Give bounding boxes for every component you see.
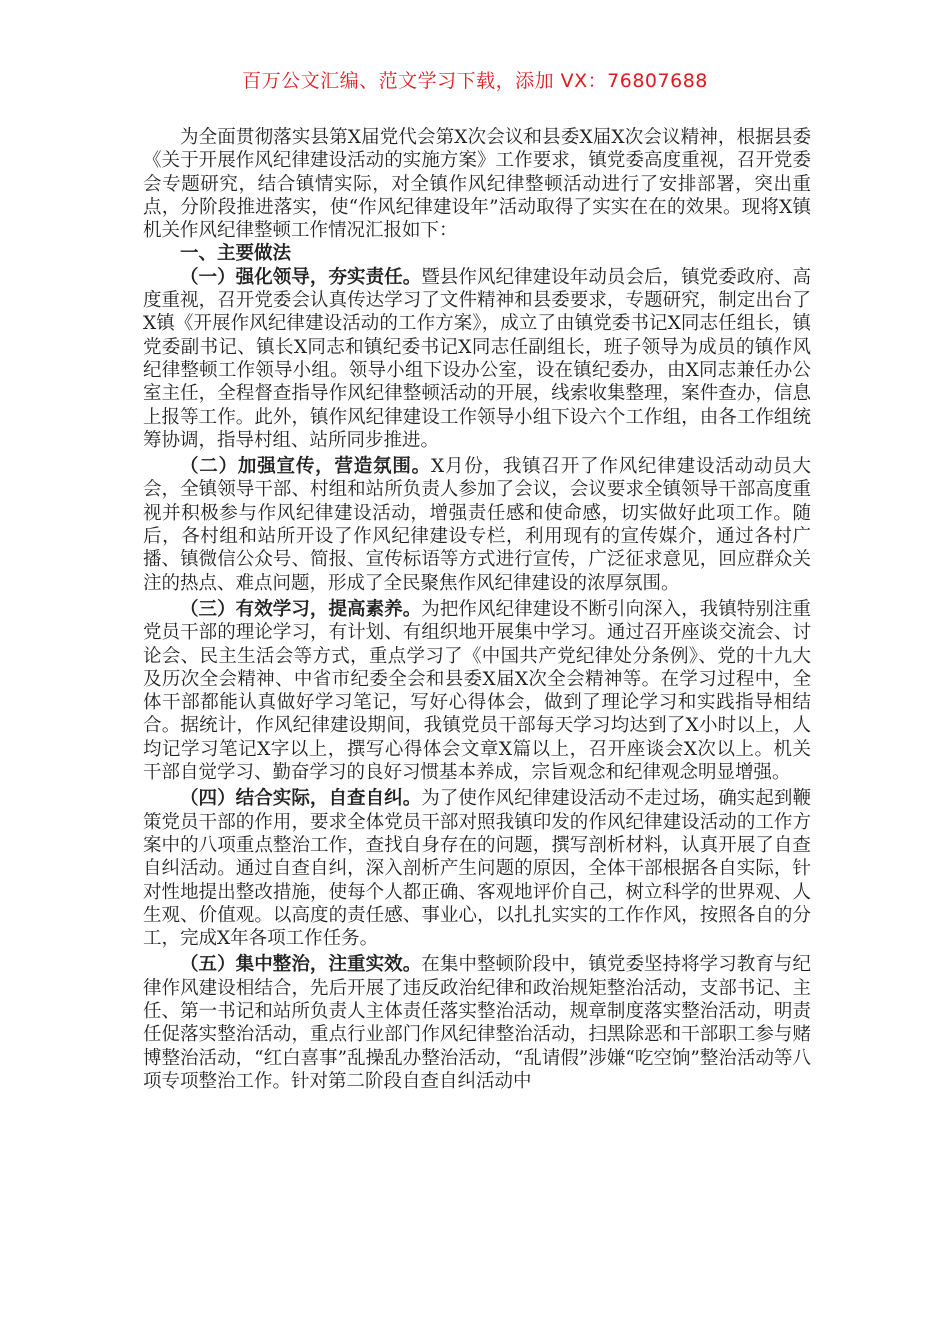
item-body: 为了使作风纪律建设活动不走过场，确实起到鞭策党员干部的作用，要求全体党员干部对照… [143,788,811,949]
item-body: 暨县作风纪律建设年动员会后，镇党委政府、高度重视，召开党委会认真传达学习了文件精… [143,267,811,451]
item-title: （三）有效学习，提高素养。 [180,599,421,620]
item-body: 为把作风纪律建设不断引向深入，我镇特别注重党员干部的理论学习，有计划、有组织地开… [143,599,811,783]
item-title: （四）结合实际，自查自纠。 [180,788,421,809]
item-title: （一）强化领导，夯实责任。 [180,267,421,288]
item-paragraph-2: （二）加强宣传，营造氛围。X月份，我镇召开了作风纪律建设活动动员大会，全镇领导干… [143,455,811,595]
document-body: 为全面贯彻落实县第X届党代会第X次会议和县委X届X次会议精神，根据县委《关于开展… [143,126,811,1093]
section-heading: 一、主要做法 [143,242,811,265]
item-title: （二）加强宣传，营造氛围。 [180,456,431,477]
item-paragraph-5: （五）集中整治，注重实效。在集中整顿阶段中，镇党委坚持将学习教育与纪律作风建设相… [143,953,811,1093]
item-paragraph-4: （四）结合实际，自查自纠。为了使作风纪律建设活动不走过场，确实起到鞭策党员干部的… [143,787,811,950]
item-paragraph-3: （三）有效学习，提高素养。为把作风纪律建设不断引向深入，我镇特别注重党员干部的理… [143,598,811,784]
item-title: （五）集中整治，注重实效。 [180,954,421,975]
intro-paragraph: 为全面贯彻落实县第X届党代会第X次会议和县委X届X次会议精神，根据县委《关于开展… [143,126,811,242]
watermark-header: 百万公文汇编、范文学习下载，添加 VX：76807688 [0,66,950,93]
item-paragraph-1: （一）强化领导，夯实责任。暨县作风纪律建设年动员会后，镇党委政府、高度重视，召开… [143,266,811,452]
